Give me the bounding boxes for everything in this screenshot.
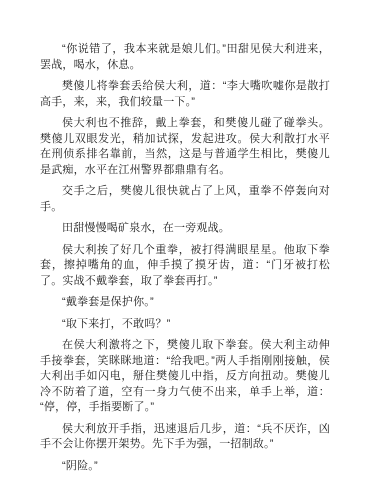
book-page: “你说错了，我本来就是娘儿们。”田甜见侯大利进来，罢战，喝水，休息。 樊傻儿将拳… <box>0 0 370 480</box>
paragraph: 在侯大利激将之下，樊傻儿取下拳套。侯大利主动伸手接拳套，笑眯眯地道：“给我吧。”… <box>40 338 330 416</box>
paragraph: 侯大利放开手指，迅速退后几步，道：“兵不厌诈，凶手不会让你摆开架势。先下手为强，… <box>40 422 330 453</box>
paragraph: 交手之后，樊傻儿很快就占了上风，重拳不停轰向对手。 <box>40 184 330 215</box>
paragraph: 田甜慢慢喝矿泉水，在一旁观战。 <box>40 221 330 237</box>
paragraph: 侯大利挨了好几个重拳，被打得满眼星星。他取下拳套，擦掉嘴角的血，伸手摸了摸牙齿，… <box>40 243 330 290</box>
paragraph: “阴险。” <box>40 459 330 475</box>
paragraph: 侯大利也不推辞，戴上拳套，和樊傻儿碰了碰拳头。樊傻儿双眼发光，稍加试探，发起进攻… <box>40 116 330 178</box>
paragraph: “戴拳套是保护你。” <box>40 295 330 311</box>
paragraph: “取下来打，不敢吗？” <box>40 317 330 333</box>
paragraph: 樊傻儿将拳套丢给侯大利，道：“李大嘴吹嘘你是散打高手，来，来，我们较量一下。” <box>40 79 330 110</box>
paragraph: “你说错了，我本来就是娘儿们。”田甜见侯大利进来，罢战，喝水，休息。 <box>40 42 330 73</box>
